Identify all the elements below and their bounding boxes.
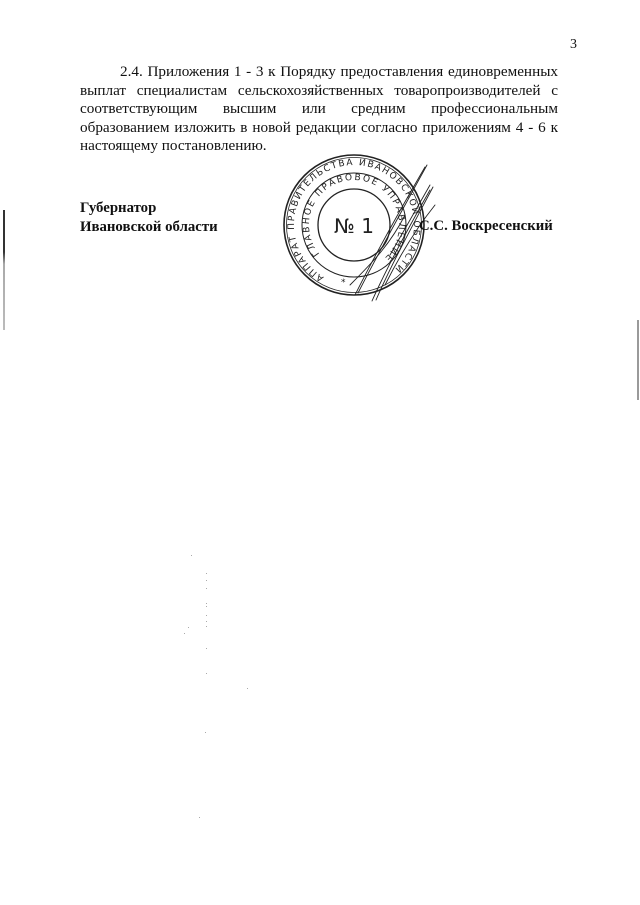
scan-speck [206, 621, 207, 622]
scan-speck [206, 573, 207, 574]
body-paragraph: 2.4. Приложения 1 - 3 к Порядку предоста… [80, 63, 558, 156]
scan-speck [191, 555, 192, 556]
page-number: 3 [570, 38, 577, 52]
scan-speck [205, 732, 206, 733]
signatory-position: Губернатор Ивановской области [80, 199, 218, 236]
scan-speck [184, 633, 185, 634]
scan-edge-right [637, 320, 639, 400]
scan-speck [206, 673, 207, 674]
scan-speck [199, 817, 200, 818]
position-title: Губернатор [80, 199, 218, 218]
scan-speck [206, 606, 207, 607]
paragraph-2-4: 2.4. Приложения 1 - 3 к Порядку предоста… [80, 63, 558, 156]
scan-speck [206, 580, 207, 581]
signatory-name: С.С. Воскресенский [419, 217, 553, 236]
scan-edge-left [3, 210, 5, 330]
scan-speck [247, 688, 248, 689]
scan-speck [206, 603, 207, 604]
scan-speck [206, 626, 207, 627]
scan-speck [206, 588, 207, 589]
scan-speck [188, 627, 189, 628]
scan-speck [206, 615, 207, 616]
position-region: Ивановской области [80, 218, 218, 237]
scan-speck [206, 648, 207, 649]
